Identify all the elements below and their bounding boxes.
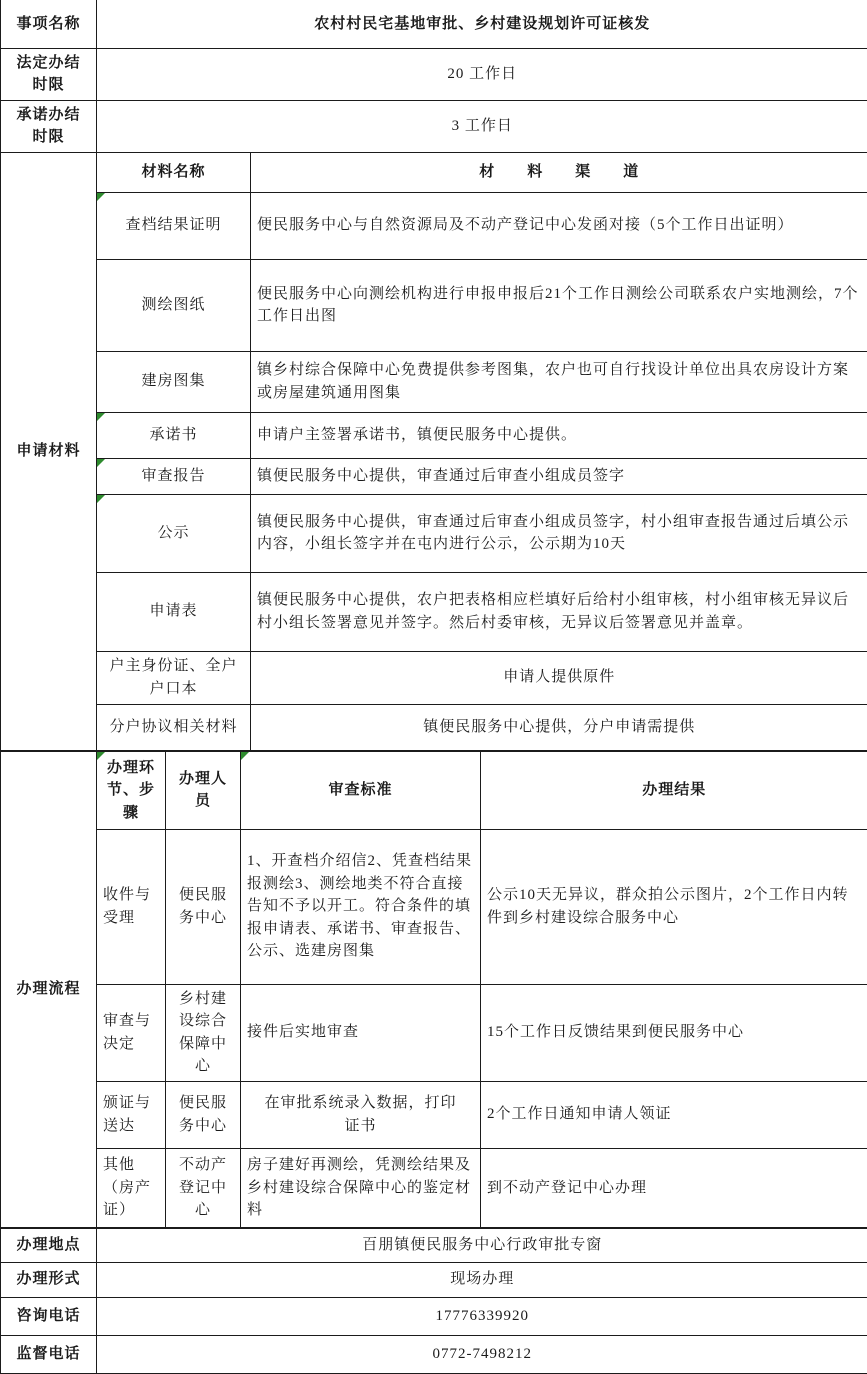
material-row: 分户协议相关材料 镇便民服务中心提供，分户申请需提供 [1,704,867,751]
comment-marker-icon [97,413,105,421]
material-channel: 镇便民服务中心提供，审查通过后审查小组成员签字，村小组审查报告通过后填公示内容，… [251,494,867,572]
comment-marker-icon [97,495,105,503]
row-materials-header: 申请材料 材料名称 材 料 渠 道 [1,152,867,192]
process-person: 便民服 务中心 [166,829,241,984]
material-channel: 镇乡村综合保障中心免费提供参考图集，农户也可自行找设计单位出具农房设计方案或房屋… [251,351,867,412]
statutory-limit-label: 法定办结 时限 [1,48,97,100]
material-name: 建房图集 [97,351,251,412]
process-standard: 接件后实地审查 [241,984,481,1081]
material-row: 审查报告 镇便民服务中心提供，审查通过后审查小组成员签字 [1,458,867,494]
process-standard: 1、开查档介绍信2、凭查档结果报测绘3、测绘地类不符合直接告知不予以开工。符合条… [241,829,481,984]
material-name: 申请表 [97,572,251,651]
material-channel: 镇便民服务中心提供，分户申请需提供 [251,704,867,751]
material-channel: 便民服务中心与自然资源局及不动产登记中心发函对接（5个工作日出证明） [251,192,867,259]
material-channel-header: 材 料 渠 道 [251,152,867,192]
process-result: 公示10天无异议，群众拍公示图片，2个工作日内转件到乡村建设综合服务中心 [481,829,867,984]
comment-marker-icon [97,459,105,467]
comment-marker-icon [97,752,105,760]
process-step: 其他 （房产 证） [97,1148,166,1228]
material-row: 查档结果证明 便民服务中心与自然资源局及不动产登记中心发函对接（5个工作日出证明… [1,192,867,259]
row-statutory-limit: 法定办结 时限 20 工作日 [1,48,867,100]
material-channel: 申请户主签署承诺书，镇便民服务中心提供。 [251,412,867,458]
material-row: 测绘图纸 便民服务中心向测绘机构进行申报申报后21个工作日测绘公司联系农户实地测… [1,259,867,351]
material-name: 户主身份证、全户 户口本 [97,651,251,704]
material-row: 申请表 镇便民服务中心提供，农户把表格相应栏填好后给村小组审核，村小组审核无异议… [1,572,867,651]
consult-phone-label: 咨询电话 [1,1297,97,1335]
process-result: 15个工作日反馈结果到便民服务中心 [481,984,867,1081]
handling-form-label: 办理形式 [1,1262,97,1297]
handling-form-value: 现场办理 [97,1262,867,1297]
item-name-value: 农村村民宅基地审批、乡村建设规划许可证核发 [97,0,867,48]
material-name-cell: 审查报告 [97,458,251,494]
process-standard: 房子建好再测绘，凭测绘结果及乡村建设综合保障中心的鉴定材料 [241,1148,481,1228]
materials-section-label: 申请材料 [1,152,97,751]
process-step-header-cell: 办理环 节、步 骤 [97,751,166,829]
item-name-label: 事项名称 [1,0,97,48]
row-supervise-phone: 监督电话 0772-7498212 [1,1335,867,1373]
process-step: 颁证与 送达 [97,1081,166,1148]
process-step: 审查与 决定 [97,984,166,1081]
process-row: 颁证与 送达 便民服 务中心 在审批系统录入数据，打印 证书 2个工作日通知申请… [1,1081,867,1148]
statutory-limit-value: 20 工作日 [97,48,867,100]
process-person: 乡村建 设综合 保障中 心 [166,984,241,1081]
process-section-label: 办理流程 [1,751,97,1228]
material-name: 公示 [157,525,189,541]
process-person: 不动产 登记中 心 [166,1148,241,1228]
row-promised-limit: 承诺办结 时限 3 工作日 [1,100,867,152]
material-name-cell: 公示 [97,494,251,572]
promised-limit-value: 3 工作日 [97,100,867,152]
row-handling-form: 办理形式 现场办理 [1,1262,867,1297]
process-step: 收件与 受理 [97,829,166,984]
row-item-name: 事项名称 农村村民宅基地审批、乡村建设规划许可证核发 [1,0,867,48]
supervise-phone-value: 0772-7498212 [97,1335,867,1373]
process-result: 2个工作日通知申请人领证 [481,1081,867,1148]
material-name-cell: 查档结果证明 [97,192,251,259]
row-process-header: 办理流程 办理环 节、步 骤 办理人 员 审查标准 办理结果 [1,751,867,829]
handling-place-value: 百朋镇便民服务中心行政审批专窗 [97,1228,867,1262]
material-row: 建房图集 镇乡村综合保障中心免费提供参考图集，农户也可自行找设计单位出具农房设计… [1,351,867,412]
promised-limit-label: 承诺办结 时限 [1,100,97,152]
handling-place-label: 办理地点 [1,1228,97,1262]
material-channel: 镇便民服务中心提供，审查通过后审查小组成员签字 [251,458,867,494]
material-name: 分户协议相关材料 [97,704,251,751]
material-name-header: 材料名称 [97,152,251,192]
service-item-sheet: 事项名称 农村村民宅基地审批、乡村建设规划许可证核发 法定办结 时限 20 工作… [0,0,867,1348]
service-item-table: 事项名称 农村村民宅基地审批、乡村建设规划许可证核发 法定办结 时限 20 工作… [0,0,867,1374]
row-consult-phone: 咨询电话 17776339920 [1,1297,867,1335]
process-result: 到不动产登记中心办理 [481,1148,867,1228]
material-channel: 镇便民服务中心提供，农户把表格相应栏填好后给村小组审核，村小组审核无异议后村小组… [251,572,867,651]
process-standard-header-cell: 审查标准 [241,751,481,829]
process-standard: 在审批系统录入数据，打印 证书 [241,1081,481,1148]
comment-marker-icon [241,752,249,760]
process-row: 其他 （房产 证） 不动产 登记中 心 房子建好再测绘，凭测绘结果及乡村建设综合… [1,1148,867,1228]
material-name: 承诺书 [149,427,197,443]
process-row: 审查与 决定 乡村建 设综合 保障中 心 接件后实地审查 15个工作日反馈结果到… [1,984,867,1081]
process-row: 收件与 受理 便民服 务中心 1、开查档介绍信2、凭查档结果报测绘3、测绘地类不… [1,829,867,984]
process-person: 便民服 务中心 [166,1081,241,1148]
process-person-header: 办理人 员 [166,751,241,829]
material-name: 测绘图纸 [97,259,251,351]
process-step-header: 办理环 节、步 骤 [107,760,155,821]
material-channel: 申请人提供原件 [251,651,867,704]
comment-marker-icon [97,193,105,201]
material-row: 户主身份证、全户 户口本 申请人提供原件 [1,651,867,704]
process-result-header: 办理结果 [481,751,867,829]
process-standard-header: 审查标准 [328,782,392,798]
row-handling-place: 办理地点 百朋镇便民服务中心行政审批专窗 [1,1228,867,1262]
material-name-cell: 承诺书 [97,412,251,458]
material-row: 承诺书 申请户主签署承诺书，镇便民服务中心提供。 [1,412,867,458]
material-name: 审查报告 [141,468,205,484]
consult-phone-value: 17776339920 [97,1297,867,1335]
supervise-phone-label: 监督电话 [1,1335,97,1373]
material-channel: 便民服务中心向测绘机构进行申报申报后21个工作日测绘公司联系农户实地测绘，7个工… [251,259,867,351]
material-name: 查档结果证明 [125,217,221,233]
material-row: 公示 镇便民服务中心提供，审查通过后审查小组成员签字，村小组审查报告通过后填公示… [1,494,867,572]
